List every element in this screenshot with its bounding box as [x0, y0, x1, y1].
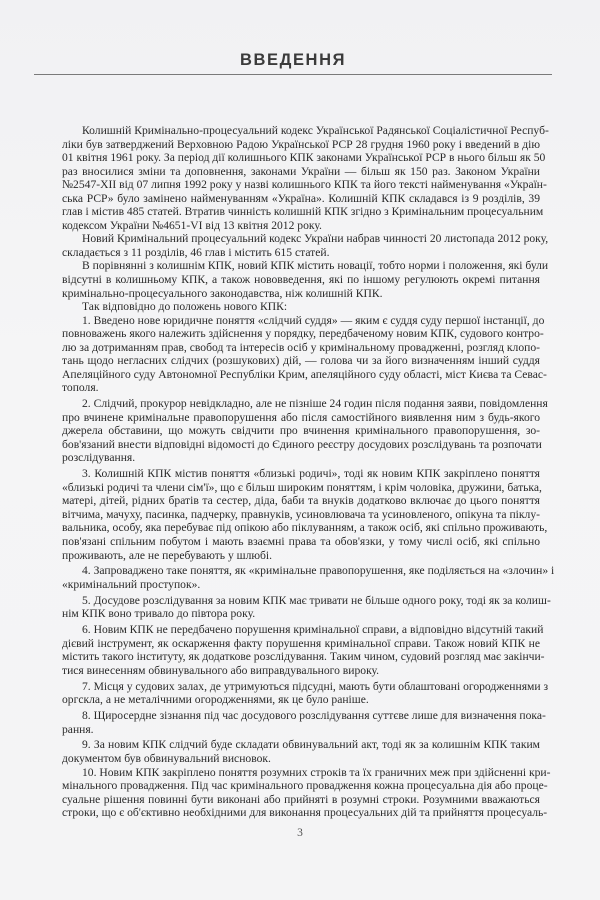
paragraph-intro-list: Так відповідно до положень нового КПК:	[62, 300, 540, 314]
text-line: глав і містив 485 статей. Втратив чинніс…	[62, 205, 540, 219]
text-line: №2547-XII від 07 липня 1992 року у назві…	[62, 178, 540, 192]
text-line: лю за дотриманням прав, свобод та інтере…	[62, 341, 540, 355]
text-line: оргскла, а не металічними огородженнями,…	[62, 693, 540, 707]
text-line: кримінально-процесуального законодавства…	[62, 287, 540, 301]
text-line: Колишній Кримінально-процесуальний кодек…	[62, 124, 540, 138]
text-line: про вчинене кримінальне правопорушення а…	[62, 411, 540, 425]
text-line: вітчима, мачуху, пасинка, падчерку, прав…	[62, 508, 540, 522]
text-line: бов'язаний внести відповідні відомості д…	[62, 438, 540, 452]
text-line: ська РСР» було замінено найменуванням «У…	[62, 192, 540, 206]
paragraph-history: Колишній Кримінально-процесуальний кодек…	[62, 124, 540, 232]
page-number: 3	[0, 827, 600, 839]
text-line: 3. Колишній КПК містив поняття «близькі …	[62, 467, 540, 481]
text-line: В порівнянні з колишнім КПК, новий КПК м…	[62, 259, 540, 273]
text-line: розслідування.	[62, 451, 540, 465]
text-line: джерела обставини, що можуть свідчити пр…	[62, 424, 540, 438]
text-line: тань щодо негласних слідчих (розшукових)…	[62, 354, 540, 368]
text-line: «кримінальний проступок».	[62, 578, 540, 592]
list-item-1: 1. Введено нове юридичне поняття «слідчи…	[62, 314, 540, 395]
list-item-6: 6. Новим КПК не передбачено порушення кр…	[62, 623, 540, 677]
text-line: 5. Досудове розслідування за новим КПК м…	[62, 594, 540, 608]
list-item-10: 10. Новим КПК закріплено поняття розумни…	[62, 766, 540, 820]
list-item-2: 2. Слідчий, прокурор невідкладно, але не…	[62, 397, 540, 465]
paragraph-new-code: Новий Кримінальний процесуальний кодекс …	[62, 232, 540, 259]
text-line: вальника, особу, яка перебуває під опіко…	[62, 521, 540, 535]
text-line: 7. Місця у судових залах, де утримуються…	[62, 680, 540, 694]
text-line: Новий Кримінальний процесуальний кодекс …	[62, 232, 540, 246]
text-line: матері, дітей, рідних братів та сестер, …	[62, 494, 540, 508]
text-line: Так відповідно до положень нового КПК:	[62, 300, 540, 314]
text-line: тися винесенням обвинувального або випра…	[62, 664, 540, 678]
text-line: нім КПК воно тривало до півтора року.	[62, 607, 540, 621]
text-line: документом був обвинувальний висновок.	[62, 752, 540, 766]
text-line: рання.	[62, 723, 540, 737]
text-line: містить такого інституту, як додаткове р…	[62, 650, 540, 664]
text-line: 9. За новим КПК слідчий буде складати об…	[62, 738, 540, 752]
list-item-3: 3. Колишній КПК містив поняття «близькі …	[62, 467, 540, 562]
text-line: 10. Новим КПК закріплено поняття розумни…	[62, 766, 540, 780]
text-line: відсутні в колишньому КПК, а також новов…	[62, 273, 540, 287]
list-item-5: 5. Досудове розслідування за новим КПК м…	[62, 594, 540, 621]
text-line: суальне рішення повинні бути виконані аб…	[62, 793, 540, 807]
text-line: мінального провадження. Під час кримінал…	[62, 779, 540, 793]
text-line: 8. Щиросердне зізнання під час досудовог…	[62, 709, 540, 723]
text-line: строки, що є об'єктивно необхідними для …	[62, 806, 540, 820]
text-line: складається з 11 розділів, 46 глав і міс…	[62, 246, 540, 260]
list-item-7: 7. Місця у судових залах, де утримуються…	[62, 680, 540, 707]
text-line: дієвий інструмент, як оскарження факту п…	[62, 637, 540, 651]
text-line: 4. Запроваджено таке поняття, як «кримін…	[62, 564, 540, 578]
text-line: тополя.	[62, 381, 540, 395]
list-item-8: 8. Щиросердне зізнання під час досудовог…	[62, 709, 540, 736]
text-line: 1. Введено нове юридичне поняття «слідчи…	[62, 314, 540, 328]
text-line: раз вносилися зміни та доповнення, закон…	[62, 165, 540, 179]
text-line: пов'язані спільним побутом і мають взаєм…	[62, 535, 540, 549]
text-line: 2. Слідчий, прокурор невідкладно, але не…	[62, 397, 540, 411]
text-line: 01 квітня 1961 року. За період дії колиш…	[62, 151, 540, 165]
section-title: ВВЕДЕННЯ	[34, 51, 552, 70]
body-text: Колишній Кримінально-процесуальний кодек…	[62, 124, 540, 820]
text-line: ліки був затверджений Верховною Радою Ук…	[62, 138, 540, 152]
text-line: Апеляційного суду Автономної Республіки …	[62, 368, 540, 382]
text-line: «близькі родичі та члени сім'ї», що є бі…	[62, 481, 540, 495]
section-header: ВВЕДЕННЯ	[34, 50, 552, 75]
paragraph-comparison: В порівнянні з колишнім КПК, новий КПК м…	[62, 259, 540, 300]
text-line: повноважень якого належить здійснення у …	[62, 327, 540, 341]
list-item-4: 4. Запроваджено таке поняття, як «кримін…	[62, 564, 540, 591]
document-page: ВВЕДЕННЯ Колишній Кримінально-процесуаль…	[0, 0, 600, 900]
text-line: проживають, але не перебувають у шлюбі.	[62, 549, 540, 563]
text-line: 6. Новим КПК не передбачено порушення кр…	[62, 623, 540, 637]
text-line: кодексом України №4651-VI від 13 квітня …	[62, 219, 540, 233]
list-item-9: 9. За новим КПК слідчий буде складати об…	[62, 738, 540, 765]
